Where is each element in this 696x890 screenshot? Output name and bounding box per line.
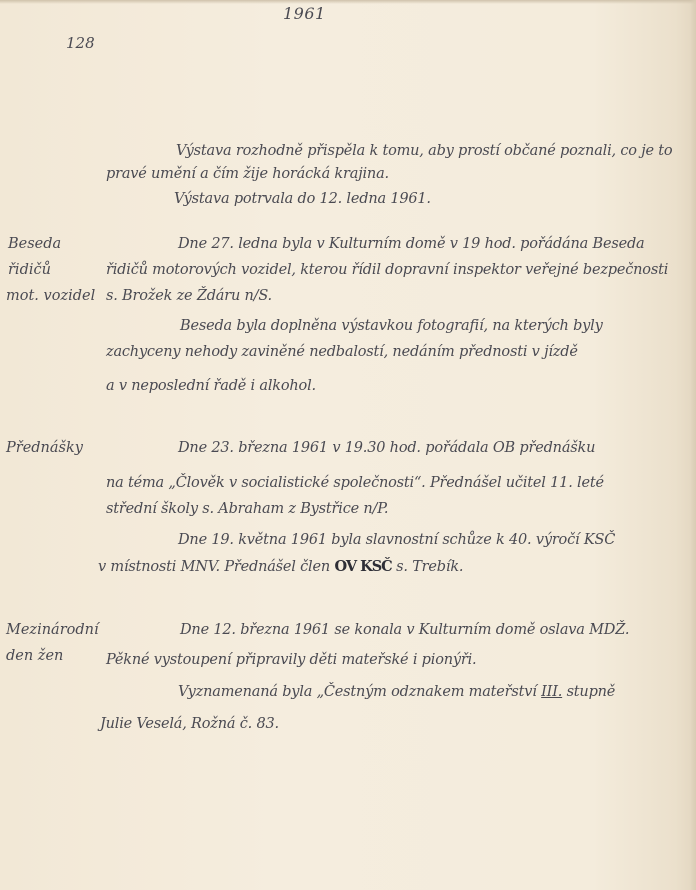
margin-label-beseda: řidičů — [8, 262, 51, 278]
text-line: Dne 19. května 1961 byla slavnostní schů… — [178, 532, 615, 548]
margin-label-prednasky: Přednášky — [6, 440, 83, 456]
margin-label-beseda: Beseda — [8, 236, 61, 252]
margin-label-mdz: Mezinárodní — [6, 622, 99, 638]
page-number: 128 — [66, 34, 95, 52]
text-line: v místnosti MNV. Přednášel člen OV KSČ s… — [98, 558, 463, 575]
text-line: Vyznamenaná byla „Čestným odznakem mateř… — [178, 684, 615, 700]
text-line: na téma „Člověk v socialistické společno… — [106, 475, 604, 491]
text-line: střední školy s. Abraham z Bystřice n/P. — [106, 501, 388, 517]
text-line: Dne 23. března 1961 v 19.30 hod. pořádal… — [178, 440, 595, 456]
text-line: Beseda byla doplněna výstavkou fotografi… — [180, 318, 603, 334]
text-line: Dne 27. ledna byla v Kulturním domě v 19… — [178, 236, 644, 252]
text-line: zachyceny nehody zaviněné nedbalostí, ne… — [106, 344, 578, 360]
text-line: řidičů motorových vozidel, kterou řídil … — [106, 262, 668, 278]
text-fragment: v místnosti MNV. Přednášel člen — [98, 559, 330, 575]
handwritten-chronicle-page: 1961 128 Výstava rozhodně přispěla k tom… — [0, 0, 696, 890]
page-edge-shadow — [690, 0, 696, 890]
text-line: Julie Veselá, Rožná č. 83. — [100, 716, 279, 732]
text-fragment: Vyznamenaná byla „Čestným odznakem mateř… — [178, 684, 537, 700]
margin-label-beseda: mot. vozidel — [6, 288, 95, 304]
page-year: 1961 — [283, 4, 326, 23]
text-line: a v neposlední řadě i alkohol. — [106, 378, 316, 394]
text-line: pravé umění a čím žije horácká krajina. — [106, 166, 389, 182]
text-line: Pěkné vystoupení připravily děti mateřsk… — [106, 652, 476, 668]
text-line: Výstava rozhodně přispěla k tomu, aby pr… — [176, 143, 672, 159]
margin-label-mdz: den žen — [6, 648, 63, 664]
text-fragment: s. Trebík. — [396, 559, 463, 575]
text-line: s. Brožek ze Ždáru n/S. — [106, 288, 272, 304]
roman-numeral: III. — [541, 684, 562, 700]
text-line: Dne 12. března 1961 se konala v Kulturní… — [180, 622, 629, 638]
stamped-abbreviation: OV KSČ — [334, 558, 391, 575]
text-fragment: stupně — [567, 684, 616, 700]
text-line: Výstava potrvala do 12. ledna 1961. — [174, 191, 431, 207]
